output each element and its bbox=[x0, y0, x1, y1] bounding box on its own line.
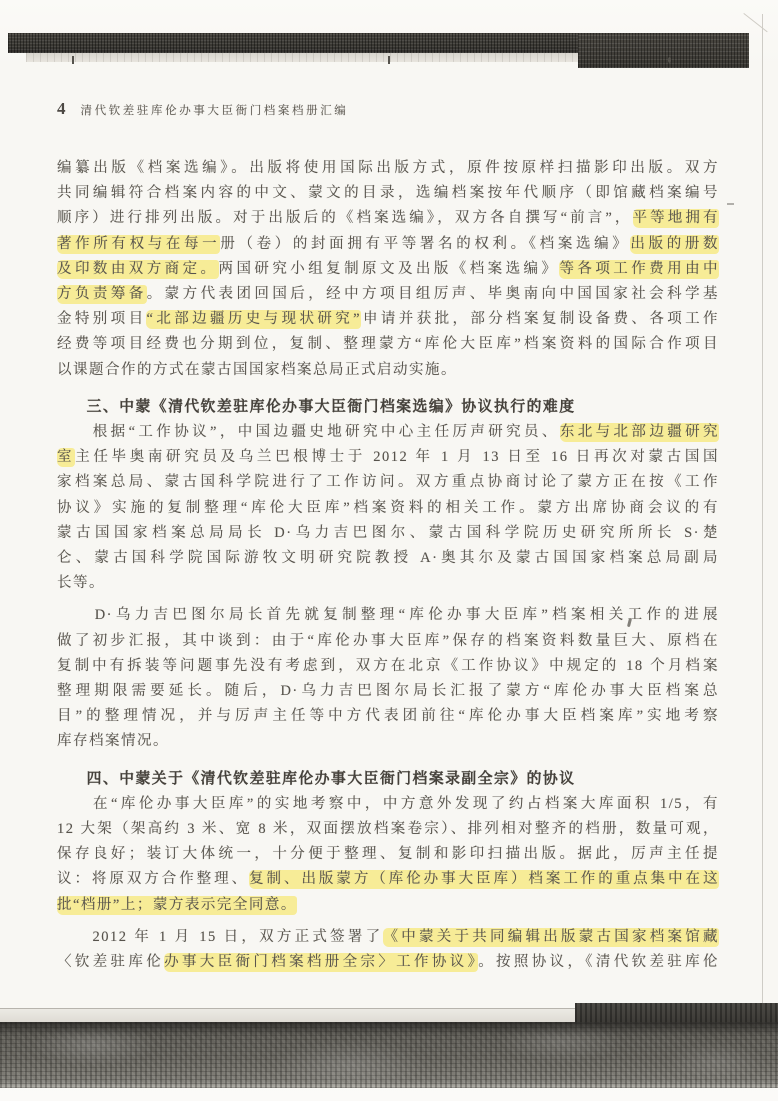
page-edge-line bbox=[762, 14, 763, 1006]
text-segment: 12 大架（架高约 3 米、宽 8 米，双面摆放档案卷宗）、排列相对整齐的档册，… bbox=[57, 821, 719, 837]
section-heading: 三、中蒙《清代钦差驻库伦办事大臣衙门档案选编》协议执行的难度 bbox=[57, 395, 719, 420]
highlight-mark: 室 bbox=[57, 448, 75, 467]
highlight-mark: 批“档册”上；蒙方表示完全同意。 bbox=[57, 896, 297, 915]
section-heading: 四、中蒙关于《清代钦差驻库伦办事大臣衙门档案录副全宗》的协议 bbox=[57, 767, 719, 792]
text-line: 方负责筹备。蒙方代表团回国后，经中方项目组厉声、毕奥南向中国国家社会科学基 bbox=[57, 282, 719, 307]
text-segment: 复制中有拆装等问题事先没有考虑到，双方在北京《工作协议》中规定的 18 个月档案 bbox=[57, 658, 719, 674]
text-segment: 。按照协议，《清代钦差驻库伦 bbox=[478, 954, 719, 970]
paragraph: 根据“工作协议”，中国边疆史地研究中心主任厉声研究员、东北与北部边疆研究室主任毕… bbox=[57, 420, 719, 596]
text-segment: 〈钦差驻库伦 bbox=[57, 954, 164, 970]
scan-artifact-top-bar-right bbox=[578, 34, 749, 68]
text-segment: 家档案总局、蒙古国科学院进行了工作访问。双方重点协商讨论了蒙方正在按《工作 bbox=[57, 474, 719, 490]
page-number: 4 bbox=[57, 99, 66, 119]
text-line: 12 大架（架高约 3 米、宽 8 米，双面摆放档案卷宗）、排列相对整齐的档册，… bbox=[57, 817, 719, 842]
text-line: 以课题合作的方式在蒙古国国家档案总局正式启动实施。 bbox=[57, 358, 719, 383]
paragraph: D·乌力吉巴图尔局长首先就复制整理“库伦办事大臣库”档案相关工作的进展做了初步汇… bbox=[57, 603, 719, 754]
text-segment: 册（卷）的封面拥有平等署名的权利。《档案选编》 bbox=[220, 236, 630, 252]
paragraph: 在“库伦办事大臣库”的实地考察中，中方意外发现了约占档案大库面积 1/5，有12… bbox=[57, 792, 719, 918]
page-header: 4 清代钦差驻库伦办事大臣衙门档案档册汇编 bbox=[57, 99, 348, 119]
highlight-mark: 东北与北部边疆研究 bbox=[560, 423, 719, 442]
text-line: 仑、蒙古国科学院国际游牧文明研究院教授 A·奥其尔及蒙古国国家档案总局副局 bbox=[57, 546, 719, 571]
highlight-mark: 等各项工作费用由中 bbox=[559, 260, 719, 279]
paragraph: 2012 年 1 月 15 日，双方正式签署了《中蒙关于共同编辑出版蒙古国家档案… bbox=[57, 925, 719, 975]
text-segment: 根据“工作协议”，中国边疆史地研究中心主任厉声研究员、 bbox=[57, 424, 560, 440]
text-line: 著作所有权与在每一册（卷）的封面拥有平等署名的权利。《档案选编》出版的册数 bbox=[57, 232, 719, 257]
scan-speck bbox=[72, 56, 74, 64]
body-text: 编纂出版《档案选编》。出版将使用国际出版方式，原件按原样扫描影印出版。双方共同编… bbox=[57, 156, 719, 975]
text-segment: 编纂出版《档案选编》。出版将使用国际出版方式，原件按原样扫描影印出版。双方 bbox=[57, 160, 719, 176]
text-segment: 以课题合作的方式在蒙古国国家档案总局正式启动实施。 bbox=[57, 362, 457, 378]
text-segment: 蒙古国国家档案总局局长 D·乌力吉巴图尔、蒙古国科学院历史研究所所长 S·楚 bbox=[57, 525, 719, 541]
text-line: 议：将原双方合作整理、复制、出版蒙方（库伦办事大臣库）档案工作的重点集中在这 bbox=[57, 867, 719, 892]
page-corner-line bbox=[743, 13, 767, 32]
text-line: 经费等项目经费也分期到位，复制、整理蒙方“库伦大臣库”档案资料的国际合作项目 bbox=[57, 332, 719, 357]
text-line: 根据“工作协议”，中国边疆史地研究中心主任厉声研究员、东北与北部边疆研究 bbox=[57, 420, 719, 445]
highlight-mark: 复制、出版蒙方（库伦办事大臣库）档案工作的重点集中在这 bbox=[249, 870, 719, 889]
text-line: 批“档册”上；蒙方表示完全同意。 bbox=[57, 893, 719, 918]
text-segment: 共同编辑符合档案内容的中文、蒙文的目录，选编档案按年代顺序（即馆藏档案编号 bbox=[57, 185, 719, 201]
text-line: 做了初步汇报，其中谈到：由于“库伦办事大臣库”保存的档案资料数量巨大、原档在 bbox=[57, 629, 719, 654]
text-segment: 目”的整理情况，并与厉声主任等中方代表团前往“库伦办事大臣档案库”实地考察 bbox=[57, 708, 719, 724]
text-line: 蒙古国国家档案总局局长 D·乌力吉巴图尔、蒙古国科学院历史研究所所长 S·楚 bbox=[57, 521, 719, 546]
text-line: 在“库伦办事大臣库”的实地考察中，中方意外发现了约占档案大库面积 1/5，有 bbox=[57, 792, 719, 817]
text-segment: 金特别项目 bbox=[57, 311, 146, 327]
text-line: 家档案总局、蒙古国科学院进行了工作访问。双方重点协商讨论了蒙方正在按《工作 bbox=[57, 470, 719, 495]
text-segment: 协议》实施的复制整理“库伦大臣库”档案资料的相关工作。蒙方出席协商会议的有 bbox=[57, 500, 719, 516]
highlight-mark: 平等地拥有 bbox=[633, 209, 719, 228]
text-segment: 主任毕奥南研究员及乌兰巴根博士于 2012 年 1 月 13 日至 16 日再次… bbox=[75, 449, 719, 465]
scan-artifact-light-strip bbox=[26, 53, 578, 62]
highlight-mark: 办事大臣衙门档案档册全宗〉工作协议》 bbox=[164, 953, 478, 972]
highlight-mark: 及印数由双方商定。 bbox=[57, 260, 219, 279]
scanned-page: 4 清代钦差驻库伦办事大臣衙门档案档册汇编 编纂出版《档案选编》。出版将使用国际… bbox=[0, 0, 778, 1101]
text-line: D·乌力吉巴图尔局长首先就复制整理“库伦办事大臣库”档案相关工作的进展 bbox=[57, 603, 719, 628]
text-segment: 。蒙方代表团回国后，经中方项目组厉声、毕奥南向中国国家社会科学基 bbox=[147, 286, 719, 302]
text-segment: 做了初步汇报，其中谈到：由于“库伦办事大臣库”保存的档案资料数量巨大、原档在 bbox=[57, 633, 719, 649]
text-line: 室主任毕奥南研究员及乌兰巴根博士于 2012 年 1 月 13 日至 16 日再… bbox=[57, 445, 719, 470]
text-line: 协议》实施的复制整理“库伦大臣库”档案资料的相关工作。蒙方出席协商会议的有 bbox=[57, 496, 719, 521]
scan-artifact-bottom-bar bbox=[0, 1022, 778, 1088]
text-segment: 整理期限需要延长。随后，D·乌力吉巴图尔局长汇报了蒙方“库伦办事大臣档案总 bbox=[57, 683, 719, 699]
text-line: 金特别项目“北部边疆历史与现状研究”申请并获批，部分档案复制设备费、各项工作 bbox=[57, 307, 719, 332]
text-line: 目”的整理情况，并与厉声主任等中方代表团前往“库伦办事大臣档案库”实地考察 bbox=[57, 704, 719, 729]
scan-speck bbox=[512, 266, 515, 269]
text-line: 库存档案情况。 bbox=[57, 729, 719, 754]
text-segment: 在“库伦办事大臣库”的实地考察中，中方意外发现了约占档案大库面积 1/5，有 bbox=[57, 796, 719, 812]
text-line: 编纂出版《档案选编》。出版将使用国际出版方式，原件按原样扫描影印出版。双方 bbox=[57, 156, 719, 181]
scan-speck bbox=[668, 57, 671, 63]
text-line: 2012 年 1 月 15 日，双方正式签署了《中蒙关于共同编辑出版蒙古国家档案… bbox=[57, 925, 719, 950]
text-line: 顺序）进行排列出版。对于出版后的《档案选编》，双方各自撰写“前言”，平等地拥有 bbox=[57, 206, 719, 231]
text-line: 复制中有拆装等问题事先没有考虑到，双方在北京《工作协议》中规定的 18 个月档案 bbox=[57, 654, 719, 679]
text-segment: 长等。 bbox=[57, 575, 105, 591]
text-segment: 保存良好；装订大体统一，十分便于整理、复制和影印扫描出版。据此，厉声主任提 bbox=[57, 846, 719, 862]
text-line: 保存良好；装订大体统一，十分便于整理、复制和影印扫描出版。据此，厉声主任提 bbox=[57, 842, 719, 867]
highlight-mark: 著作所有权与在每一 bbox=[57, 235, 220, 254]
text-line: 共同编辑符合档案内容的中文、蒙文的目录，选编档案按年代顺序（即馆藏档案编号 bbox=[57, 181, 719, 206]
text-segment: 顺序）进行排列出版。对于出版后的《档案选编》，双方各自撰写“前言”， bbox=[57, 210, 633, 226]
paragraph: 编纂出版《档案选编》。出版将使用国际出版方式，原件按原样扫描影印出版。双方共同编… bbox=[57, 156, 719, 383]
text-line: 〈钦差驻库伦办事大臣衙门档案档册全宗〉工作协议》。按照协议，《清代钦差驻库伦 bbox=[57, 950, 719, 975]
text-segment: 两国研究小组复制原文及出版《档案选编》 bbox=[219, 261, 560, 277]
highlight-mark: 出版的册数 bbox=[630, 235, 719, 254]
text-segment: 仑、蒙古国科学院国际游牧文明研究院教授 A·奥其尔及蒙古国国家档案总局副局 bbox=[57, 550, 719, 566]
scan-speck bbox=[388, 56, 390, 64]
text-segment: D·乌力吉巴图尔局长首先就复制整理“库伦办事大臣库”档案相关工作的进展 bbox=[57, 607, 719, 623]
text-line: 及印数由双方商定。两国研究小组复制原文及出版《档案选编》等各项工作费用由中 bbox=[57, 257, 719, 282]
text-line: 长等。 bbox=[57, 571, 719, 596]
text-segment: 经费等项目经费也分期到位，复制、整理蒙方“库伦大臣库”档案资料的国际合作项目 bbox=[57, 336, 719, 352]
text-segment: 2012 年 1 月 15 日，双方正式签署了 bbox=[57, 929, 383, 945]
scan-speck bbox=[727, 203, 734, 205]
running-title: 清代钦差驻库伦办事大臣衙门档案档册汇编 bbox=[81, 102, 349, 118]
highlight-mark: 方负责筹备 bbox=[57, 285, 147, 304]
text-segment: 议：将原双方合作整理、 bbox=[57, 871, 249, 887]
highlight-mark: “北部边疆历史与现状研究” bbox=[146, 310, 361, 329]
highlight-mark: 《中蒙关于共同编辑出版蒙古国家档案馆藏 bbox=[383, 928, 719, 947]
text-line: 整理期限需要延长。随后，D·乌力吉巴图尔局长汇报了蒙方“库伦办事大臣档案总 bbox=[57, 679, 719, 704]
text-segment: 库存档案情况。 bbox=[57, 733, 169, 749]
text-segment: 申请并获批，部分档案复制设备费、各项工作 bbox=[361, 311, 719, 327]
